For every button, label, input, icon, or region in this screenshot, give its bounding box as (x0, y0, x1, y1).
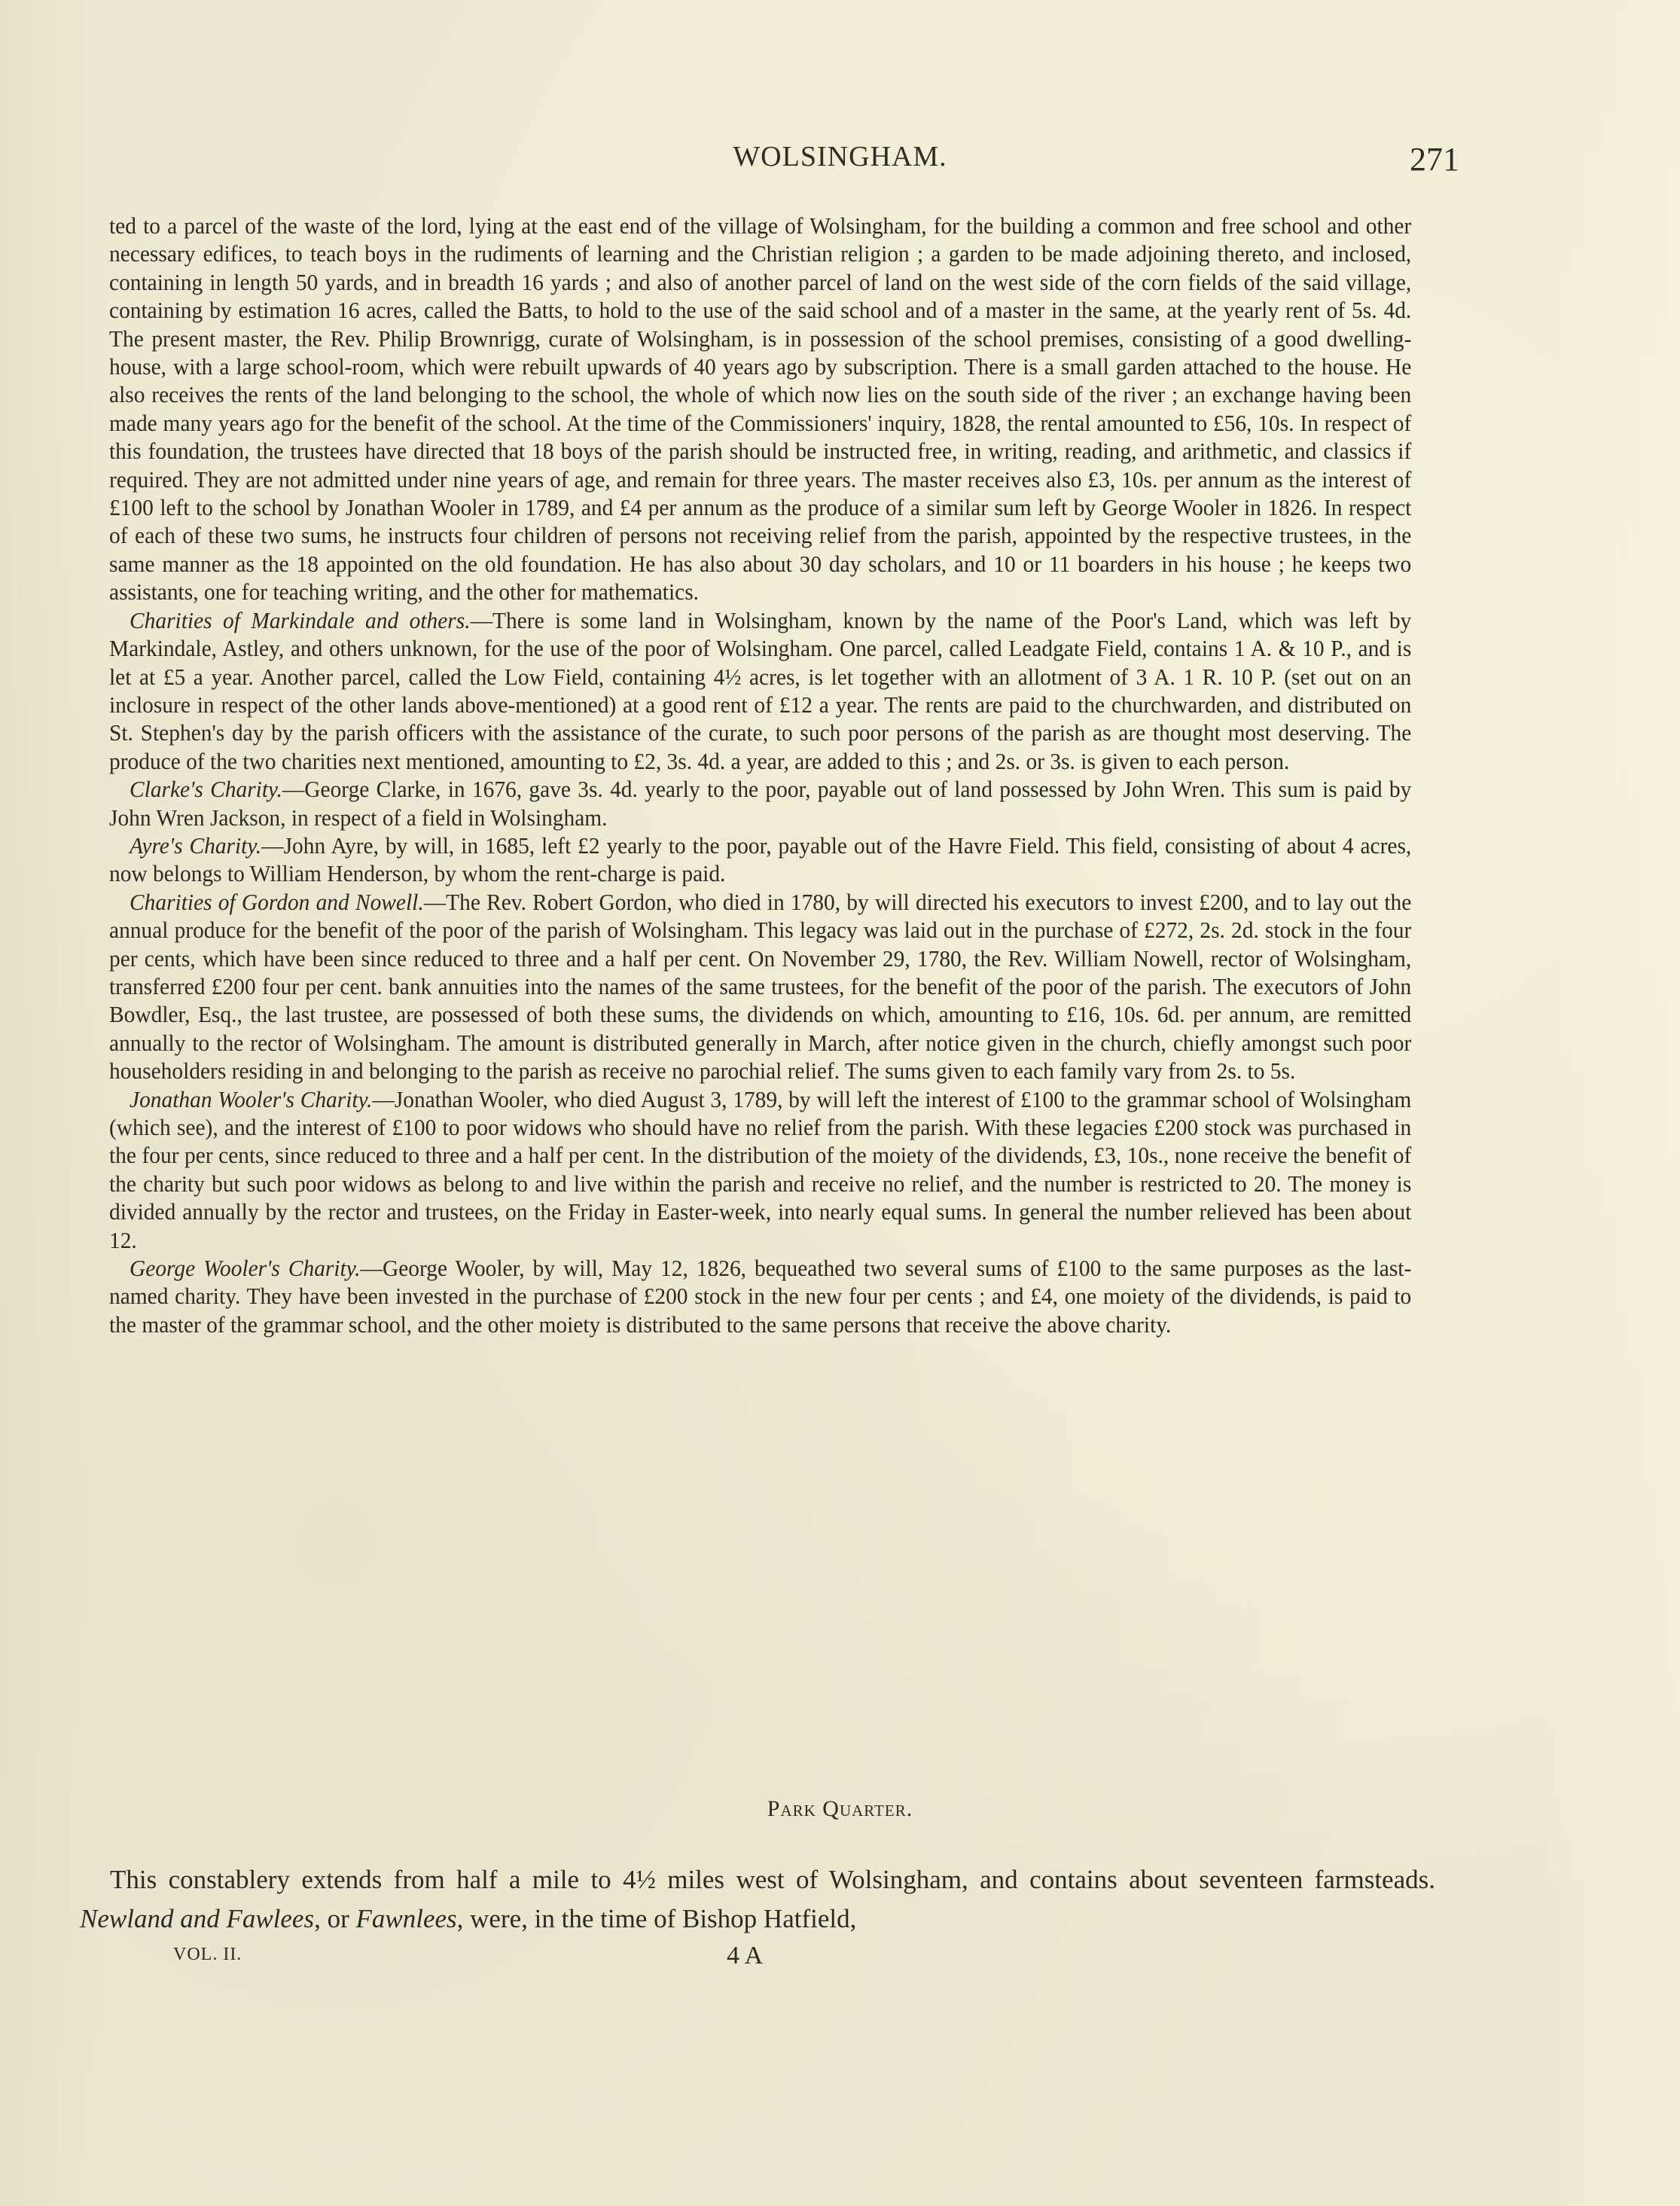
paragraph-heading: Clarke's Charity. (130, 777, 282, 802)
place-name: Fawnlees (356, 1904, 457, 1933)
paragraph-text: —John Ayre, by will, in 1685, left £2 ye… (109, 833, 1411, 886)
place-name: Newland and Fawlees (80, 1904, 314, 1933)
paragraph-gordon-nowell-charity: Charities of Gordon and Nowell.—The Rev.… (109, 889, 1411, 1086)
volume-marker: VOL. II. (173, 1945, 242, 1965)
paragraph-text: —The Rev. Robert Gordon, who died in 178… (109, 889, 1411, 1084)
paragraph-heading: Ayre's Charity. (130, 833, 261, 859)
main-text-column: ted to a parcel of the waste of the lord… (109, 212, 1411, 1339)
paragraph-clarke-charity: Clarke's Charity.—George Clarke, in 1676… (109, 776, 1411, 832)
paragraph-george-wooler-charity: George Wooler's Charity.—George Wooler, … (109, 1255, 1411, 1339)
paragraph-jonathan-wooler-charity: Jonathan Wooler's Charity.—Jonathan Wool… (109, 1086, 1411, 1255)
lead-text: , or (314, 1904, 355, 1933)
lead-paragraph-text: This constablery extends from half a mil… (80, 1860, 1435, 1939)
lead-text: , were, in the time of Bishop Hatfield, (457, 1904, 857, 1933)
paragraph-markindale-charity: Charities of Markindale and others.—Ther… (109, 607, 1411, 776)
paragraph-text: ted to a parcel of the waste of the lord… (109, 213, 1411, 605)
paragraph-heading: Charities of Gordon and Nowell. (130, 889, 424, 915)
paragraph-text: —George Clarke, in 1676, gave 3s. 4d. ye… (109, 777, 1411, 830)
paragraph-heading: George Wooler's Charity. (130, 1256, 361, 1281)
signature-mark: 4 A (727, 1942, 763, 1970)
paragraph-ayre-charity: Ayre's Charity.—John Ayre, by will, in 1… (109, 832, 1411, 889)
page-number: 271 (1392, 140, 1459, 178)
paragraph-heading: Jonathan Wooler's Charity. (130, 1087, 372, 1112)
book-page: WOLSINGHAM. 271 ted to a parcel of the w… (0, 0, 1680, 2206)
paragraph-heading: Charities of Markindale and others. (130, 608, 471, 633)
lead-text: This constablery extends from half a mil… (110, 1865, 1435, 1894)
section-heading-park-quarter: Park Quarter. (0, 1796, 1680, 1822)
park-quarter-lead-paragraph: This constablery extends from half a mil… (80, 1860, 1435, 1939)
paragraph-school-foundation: ted to a parcel of the waste of the lord… (109, 212, 1411, 607)
